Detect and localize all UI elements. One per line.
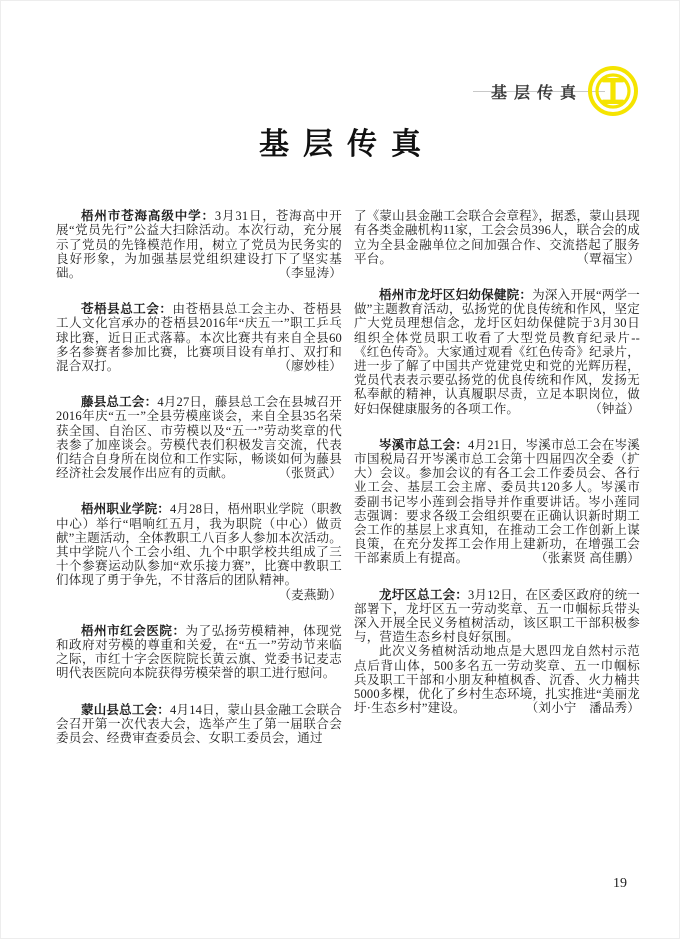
column-left: 梧州市苍海高级中学：3月31日，苍海高中开展“党员先行”公益大扫除活动。本次行动… (56, 209, 342, 767)
article-paragraph: 梧州市苍海高级中学：3月31日，苍海高中开展“党员先行”公益大扫除活动。本次行动… (56, 209, 342, 280)
article-paragraph: 龙圩区总工会：3月12日，在区委区政府的统一部署下，龙圩区五一劳动奖章、五一巾帼… (354, 588, 640, 645)
article-byline: （张贤武） (253, 466, 342, 480)
article-lead: 梧州职业学院： (81, 502, 170, 516)
article-byline: （钟益） (564, 402, 640, 416)
article-lead: 苍梧县总工会： (81, 302, 172, 316)
article-byline: （覃福宝） (576, 252, 640, 266)
article-paragraph: 蒙山县总工会：4月14日，蒙山县金融工会联合会召开第一次代表大会，选举产生了第一… (56, 703, 342, 746)
magazine-page: 基层传真 基层传真 梧州市苍海高级中学：3月31日，苍海高中开展“党员先行”公益… (0, 0, 680, 939)
article-lead: 梧州市红会医院： (81, 624, 186, 638)
article-paragraph: 苍梧县总工会：由苍梧县总工会主办、苍梧县工人文化宫承办的苍梧县2016年“庆五一… (56, 302, 342, 373)
article-lead: 藤县总工会： (81, 395, 157, 409)
article: 梧州市苍海高级中学：3月31日，苍海高中开展“党员先行”公益大扫除活动。本次行动… (56, 209, 342, 280)
article-byline: （刘小宁 潘品秀） (501, 701, 640, 715)
article-byline: （廖妙桂） (253, 359, 342, 373)
article-columns: 梧州市苍海高级中学：3月31日，苍海高中开展“党员先行”公益大扫除活动。本次行动… (1, 183, 679, 767)
article-paragraph: 梧州市红会医院：为了弘扬劳模精神，体现党和政府对劳模的尊重和关爱，在“五一”劳动… (56, 624, 342, 681)
article-lead: 梧州市龙圩区妇幼保健院： (379, 288, 532, 302)
running-header-label: 基层传真 (491, 80, 583, 103)
article: 蒙山县总工会：4月14日，蒙山县金融工会联合会召开第一次代表大会，选举产生了第一… (56, 703, 342, 746)
article: 苍梧县总工会：由苍梧县总工会主办、苍梧县工人文化宫承办的苍梧县2016年“庆五一… (56, 302, 342, 373)
article-paragraph: 了《蒙山县金融工会联合会章程》，据悉，蒙山县现有各类金融机构11家，工会会员39… (354, 209, 640, 266)
article-paragraph: 岑溪市总工会：4月21日，岑溪市总工会在岑溪市国税局召开岑溪市总工会第十四届四次… (354, 438, 640, 566)
article-byline: （麦燕勤） (253, 588, 342, 602)
article-paragraph: 梧州市龙圩区妇幼保健院：为深入开展“两学一做”主题教育活动，弘扬党的优良传统和作… (354, 288, 640, 416)
article-lead: 龙圩区总工会： (379, 588, 468, 602)
column-right: 了《蒙山县金融工会联合会章程》，据悉，蒙山县现有各类金融机构11家，工会会员39… (354, 209, 640, 767)
article-lead: 梧州市苍海高级中学： (81, 209, 215, 223)
article-lead: 岑溪市总工会： (379, 438, 468, 452)
trade-union-emblem-icon (587, 65, 639, 117)
article-lead: 蒙山县总工会： (81, 703, 170, 717)
article-byline: （张素贤 高佳鹏） (510, 551, 640, 565)
article-paragraph: 此次义务植树活动地点是大恩四龙自然村示范点后背山体，500多名五一劳动奖章、五一… (354, 644, 640, 715)
article: 梧州市红会医院：为了弘扬劳模精神，体现党和政府对劳模的尊重和关爱，在“五一”劳动… (56, 624, 342, 681)
article: 龙圩区总工会：3月12日，在区委区政府的统一部署下，龙圩区五一劳动奖章、五一巾帼… (354, 588, 640, 716)
page-number: 19 (613, 876, 627, 892)
article-paragraph: 梧州职业学院：4月28日，梧州职业学院（职教中心）举行“唱响红五月，我为职院（中… (56, 502, 342, 601)
article-byline: （李显涛） (253, 266, 342, 280)
page-title: 基层传真 (1, 119, 679, 163)
article: 了《蒙山县金融工会联合会章程》，据悉，蒙山县现有各类金融机构11家，工会会员39… (354, 209, 640, 266)
article-paragraph: 藤县总工会：4月27日，藤县总工会在县城召开2016年庆“五一”全县劳模座谈会，… (56, 395, 342, 480)
running-header: 基层传真 (491, 63, 639, 119)
article: 梧州市龙圩区妇幼保健院：为深入开展“两学一做”主题教育活动，弘扬党的优良传统和作… (354, 288, 640, 416)
article: 梧州职业学院：4月28日，梧州职业学院（职教中心）举行“唱响红五月，我为职院（中… (56, 502, 342, 601)
article: 藤县总工会：4月27日，藤县总工会在县城召开2016年庆“五一”全县劳模座谈会，… (56, 395, 342, 480)
article: 岑溪市总工会：4月21日，岑溪市总工会在岑溪市国税局召开岑溪市总工会第十四届四次… (354, 438, 640, 566)
